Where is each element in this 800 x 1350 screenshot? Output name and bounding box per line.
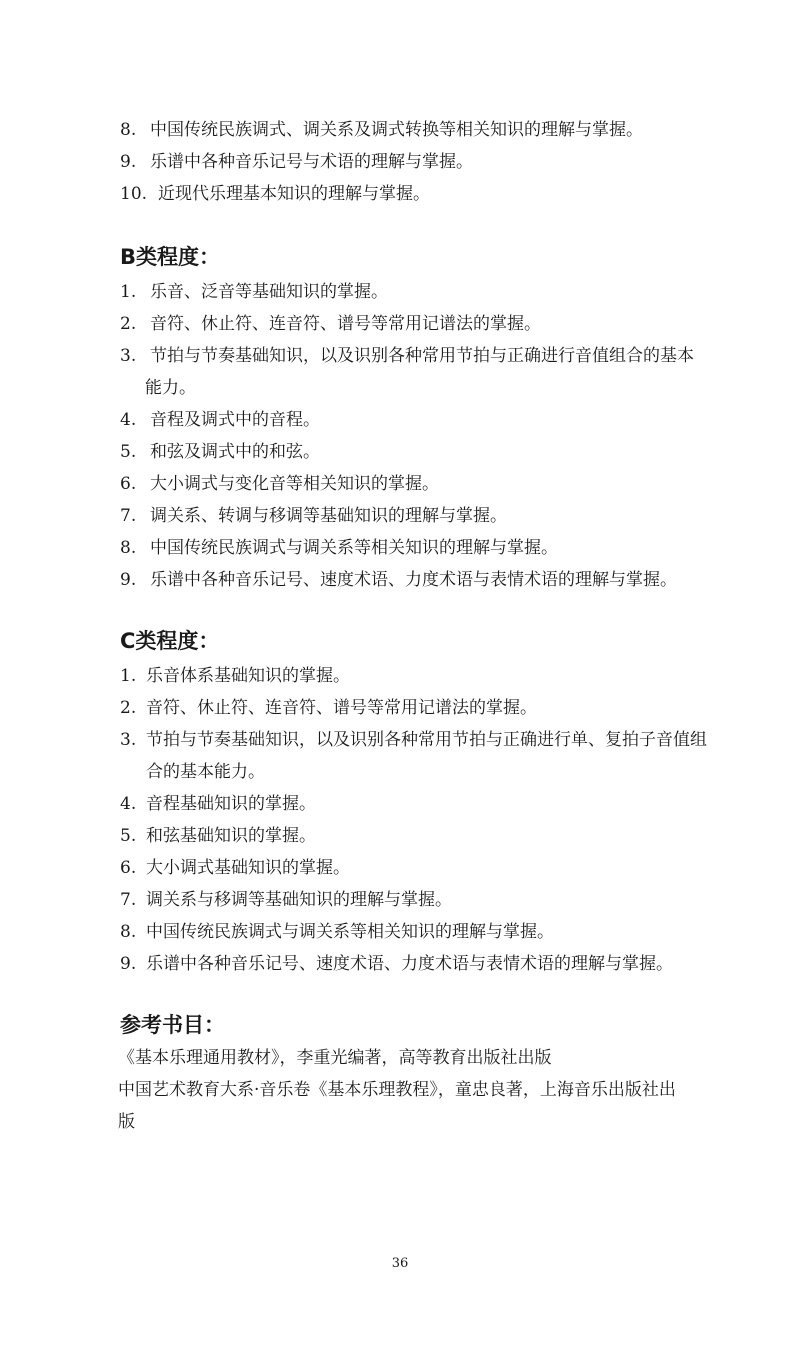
item-number: 9. — [120, 954, 146, 974]
list-item: 8.中国传统民族调式、调关系及调式转换等相关知识的理解与掌握。 — [120, 120, 643, 140]
item-text: 音符、休止符、连音符、谱号等常用记谱法的掌握。 — [150, 314, 541, 334]
list-item: 2.音符、休止符、连音符、谱号等常用记谱法的掌握。 — [120, 698, 537, 718]
item-number: 2. — [120, 314, 150, 334]
list-item: 6.大小调式与变化音等相关知识的掌握。 — [120, 474, 439, 494]
list-item: 8.中国传统民族调式与调关系等相关知识的理解与掌握。 — [120, 922, 554, 942]
item-number: 7. — [120, 890, 146, 910]
item-text: 调关系与移调等基础知识的理解与掌握。 — [146, 890, 452, 910]
item-text: 和弦及调式中的和弦。 — [150, 442, 320, 462]
list-item: 10.近现代乐理基本知识的理解与掌握。 — [120, 184, 430, 204]
list-item: 3.节拍与节奏基础知识，以及识别各种常用节拍与正确进行单、复拍子音值组 — [120, 730, 707, 750]
item-text: 音程及调式中的音程。 — [150, 410, 320, 430]
list-item: 3.节拍与节奏基础知识，以及识别各种常用节拍与正确进行音值组合的基本 — [120, 346, 694, 366]
item-text: 大小调式基础知识的掌握。 — [146, 858, 350, 878]
list-item: 4.音程基础知识的掌握。 — [120, 794, 316, 814]
list-item: 7.调关系与移调等基础知识的理解与掌握。 — [120, 890, 452, 910]
item-number: 8. — [120, 922, 146, 942]
item-text: 乐音、泛音等基础知识的掌握。 — [150, 282, 388, 302]
item-number: 6. — [120, 858, 146, 878]
list-item: 7.调关系、转调与移调等基础知识的理解与掌握。 — [120, 506, 507, 526]
item-number: 1. — [120, 666, 146, 686]
item-number: 5. — [120, 826, 146, 846]
item-number: 3. — [120, 346, 150, 366]
item-text: 中国传统民族调式、调关系及调式转换等相关知识的理解与掌握。 — [150, 120, 643, 140]
item-text: 音符、休止符、连音符、谱号等常用记谱法的掌握。 — [146, 698, 537, 718]
item-number: 1. — [120, 282, 150, 302]
document-page: 8.中国传统民族调式、调关系及调式转换等相关知识的理解与掌握。 9.乐谱中各种音… — [0, 0, 800, 1350]
item-number: 8. — [120, 538, 150, 558]
item-text: 乐谱中各种音乐记号、速度术语、力度术语与表情术语的理解与掌握。 — [146, 954, 673, 974]
item-text: 音程基础知识的掌握。 — [146, 794, 316, 814]
list-item: 4.音程及调式中的音程。 — [120, 410, 320, 430]
item-text: 调关系、转调与移调等基础知识的理解与掌握。 — [150, 506, 507, 526]
item-number: 10. — [120, 184, 158, 204]
item-text: 节拍与节奏基础知识，以及识别各种常用节拍与正确进行单、复拍子音值组 — [146, 730, 707, 750]
item-number: 9. — [120, 152, 150, 172]
item-number: 9. — [120, 570, 150, 590]
reference-line: 版 — [118, 1112, 135, 1132]
item-number: 7. — [120, 506, 150, 526]
item-text: 中国传统民族调式与调关系等相关知识的理解与掌握。 — [146, 922, 554, 942]
list-item: 6.大小调式基础知识的掌握。 — [120, 858, 350, 878]
item-text: 乐谱中各种音乐记号与术语的理解与掌握。 — [150, 152, 473, 172]
item-text: 近现代乐理基本知识的理解与掌握。 — [158, 184, 430, 204]
list-item: 9.乐谱中各种音乐记号、速度术语、力度术语与表情术语的理解与掌握。 — [120, 570, 677, 590]
list-item-continuation: 合的基本能力。 — [146, 762, 265, 782]
list-item: 5.和弦及调式中的和弦。 — [120, 442, 320, 462]
item-number: 5. — [120, 442, 150, 462]
item-text: 节拍与节奏基础知识，以及识别各种常用节拍与正确进行音值组合的基本 — [150, 346, 694, 366]
list-item: 8.中国传统民族调式与调关系等相关知识的理解与掌握。 — [120, 538, 558, 558]
list-item: 5.和弦基础知识的掌握。 — [120, 826, 316, 846]
item-number: 2. — [120, 698, 146, 718]
item-text: 乐谱中各种音乐记号、速度术语、力度术语与表情术语的理解与掌握。 — [150, 570, 677, 590]
list-item: 9.乐谱中各种音乐记号、速度术语、力度术语与表情术语的理解与掌握。 — [120, 954, 673, 974]
reference-line: 《基本乐理通用教材》，李重光编著，高等教育出版社出版 — [118, 1048, 552, 1068]
references-heading: 参考书目： — [120, 1012, 225, 1038]
list-item-continuation: 能力。 — [145, 378, 196, 398]
list-item: 2.音符、休止符、连音符、谱号等常用记谱法的掌握。 — [120, 314, 541, 334]
item-number: 4. — [120, 794, 146, 814]
section-c-heading: C类程度： — [120, 628, 219, 654]
item-text: 乐音体系基础知识的掌握。 — [146, 666, 350, 686]
item-text: 大小调式与变化音等相关知识的掌握。 — [150, 474, 439, 494]
list-item: 9.乐谱中各种音乐记号与术语的理解与掌握。 — [120, 152, 473, 172]
section-b-heading: B类程度： — [120, 244, 220, 270]
reference-line: 中国艺术教育大系·音乐卷《基本乐理教程》，童忠良著，上海音乐出版社出 — [118, 1080, 676, 1100]
item-text: 中国传统民族调式与调关系等相关知识的理解与掌握。 — [150, 538, 558, 558]
page-number: 36 — [0, 1256, 800, 1271]
item-number: 4. — [120, 410, 150, 430]
item-number: 6. — [120, 474, 150, 494]
list-item: 1.乐音、泛音等基础知识的掌握。 — [120, 282, 388, 302]
item-number: 3. — [120, 730, 146, 750]
item-text: 和弦基础知识的掌握。 — [146, 826, 316, 846]
list-item: 1.乐音体系基础知识的掌握。 — [120, 666, 350, 686]
item-number: 8. — [120, 120, 150, 140]
